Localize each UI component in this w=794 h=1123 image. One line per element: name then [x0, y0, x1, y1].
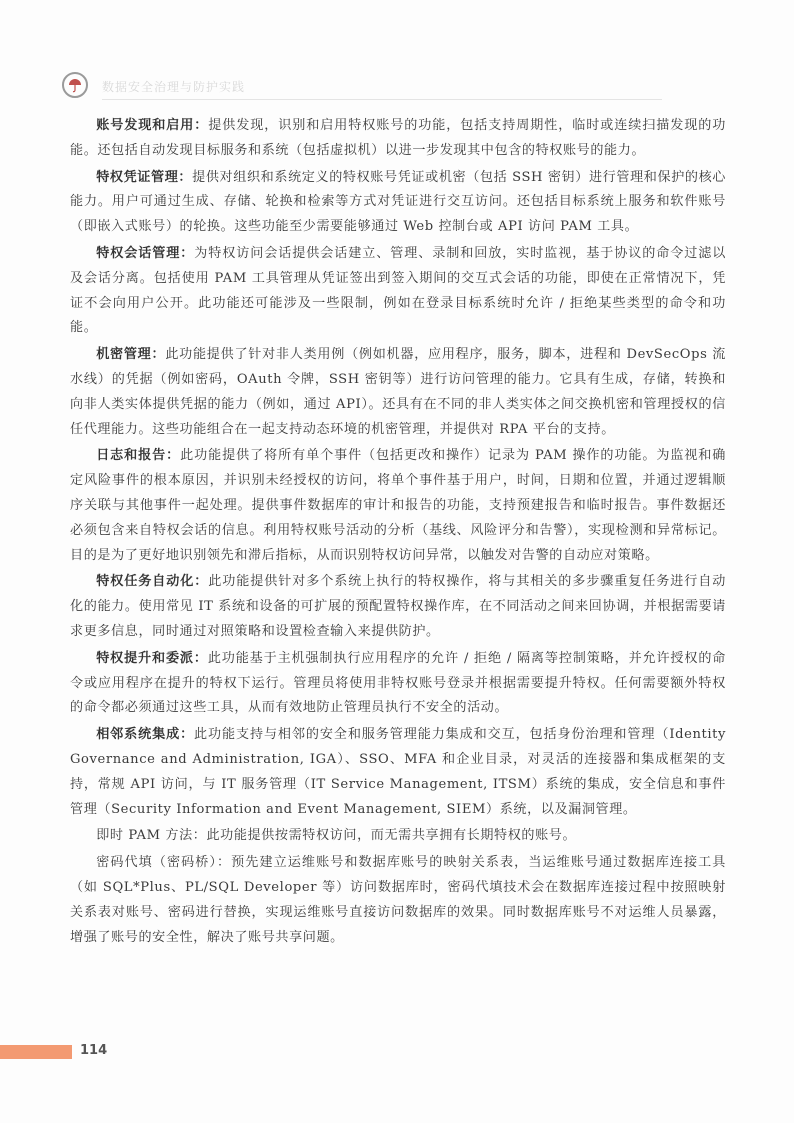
running-header: 数据安全治理与防护实践 — [62, 72, 762, 102]
term: 特权提升和委派： — [96, 651, 208, 666]
term: 相邻系统集成： — [96, 727, 194, 742]
paragraph-adjacent-integration: 相邻系统集成：此功能支持与相邻的安全和服务管理能力集成和交互，包括身份治理和管理… — [70, 723, 726, 822]
header-divider — [102, 99, 662, 100]
footer-accent-bar — [0, 1045, 72, 1059]
paragraph-privilege-elevation: 特权提升和委派：此功能基于主机强制执行应用程序的允许 / 拒绝 / 隔离等控制策… — [70, 647, 726, 721]
book-title: 数据安全治理与防护实践 — [102, 78, 245, 95]
term: 特权会话管理： — [96, 246, 194, 261]
paragraph-account-discovery: 账号发现和启用：提供发现，识别和启用特权账号的功能，包括支持周期性，临时或连续扫… — [70, 114, 726, 164]
umbrella-icon — [62, 72, 88, 98]
paragraph-secrets-management: 机密管理：此功能提供了针对非人类用例（例如机器，应用程序，服务，脚本，进程和 D… — [70, 343, 726, 442]
term: 机密管理： — [96, 347, 165, 362]
page-number: 114 — [80, 1043, 107, 1058]
paragraph-task-automation: 特权任务自动化：此功能提供针对多个系统上执行的特权操作，将与其相关的多步骤重复任… — [70, 570, 726, 644]
body-text: 账号发现和启用：提供发现，识别和启用特权账号的功能，包括支持周期性，临时或连续扫… — [70, 114, 726, 952]
term: 密码代填（密码桥）： — [96, 855, 231, 870]
paragraph-session-management: 特权会话管理：为特权访问会话提供会话建立、管理、录制和回放，实时监视，基于协议的… — [70, 242, 726, 341]
term: 即时 PAM 方法： — [96, 828, 206, 843]
paragraph-credential-management: 特权凭证管理：提供对组织和系统定义的特权账号凭证或机密（包括 SSH 密钥）进行… — [70, 166, 726, 240]
paragraph-logging-reporting: 日志和报告：此功能提供了将所有单个事件（包括更改和操作）记录为 PAM 操作的功… — [70, 444, 726, 568]
term: 特权凭证管理： — [96, 170, 192, 185]
paragraph-password-bridge: 密码代填（密码桥）：预先建立运维账号和数据库账号的映射关系表，当运维账号通过数据… — [70, 851, 726, 950]
term: 日志和报告： — [96, 448, 180, 463]
term: 特权任务自动化： — [96, 574, 208, 589]
paragraph-jit-pam: 即时 PAM 方法：此功能提供按需特权访问，而无需共享拥有长期特权的账号。 — [70, 824, 726, 849]
term: 账号发现和启用： — [96, 118, 208, 133]
